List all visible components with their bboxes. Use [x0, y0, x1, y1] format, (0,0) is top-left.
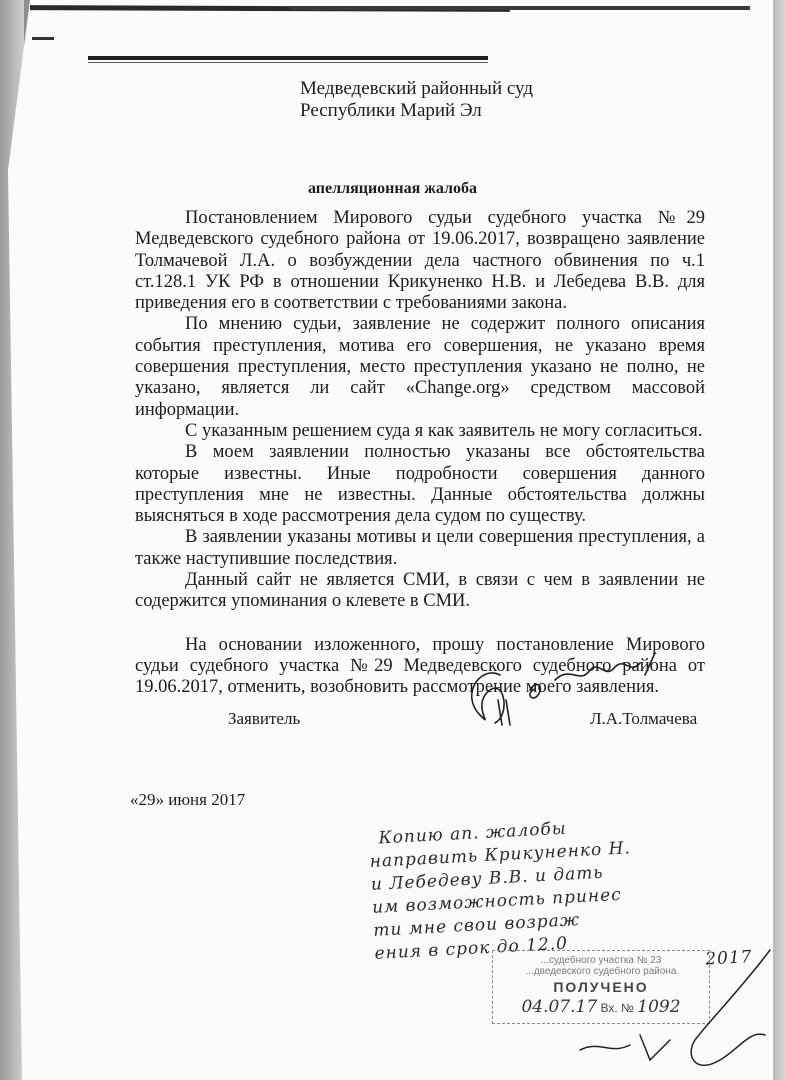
signer-name: Л.А.Толмачева	[590, 709, 697, 729]
addressee-line-1: Медведевский районный суд	[300, 78, 533, 100]
paragraph: Данный сайт не является СМИ, в связи с ч…	[135, 570, 705, 613]
addressee-line-2: Республики Марий Эл	[300, 100, 533, 122]
paragraph: С указанным решением суда я как заявител…	[135, 421, 705, 442]
resolution-signature-icon	[480, 930, 785, 1080]
signer-label: Заявитель	[228, 709, 300, 729]
paragraph: По мнению судьи, заявление не содержит п…	[135, 314, 705, 420]
margin-dash	[32, 37, 54, 40]
top-rule-right	[290, 6, 750, 10]
paragraph: В моем заявлении полностью указаны все о…	[135, 442, 705, 527]
scan-right-edge	[773, 0, 785, 1080]
document-page: Медведевский районный суд Республики Мар…	[0, 0, 785, 1080]
document-body: Постановлением Мирового судьи судебного …	[135, 208, 705, 699]
paragraph: Постановлением Мирового судьи судебного …	[135, 208, 705, 314]
document-title: апелляционная жалоба	[0, 180, 785, 198]
document-date: «29» июня 2017	[130, 790, 245, 810]
paragraph: В заявлении указаны мотивы и цели соверш…	[135, 527, 705, 570]
header-rule	[88, 56, 488, 63]
addressee-block: Медведевский районный суд Республики Мар…	[300, 78, 533, 122]
